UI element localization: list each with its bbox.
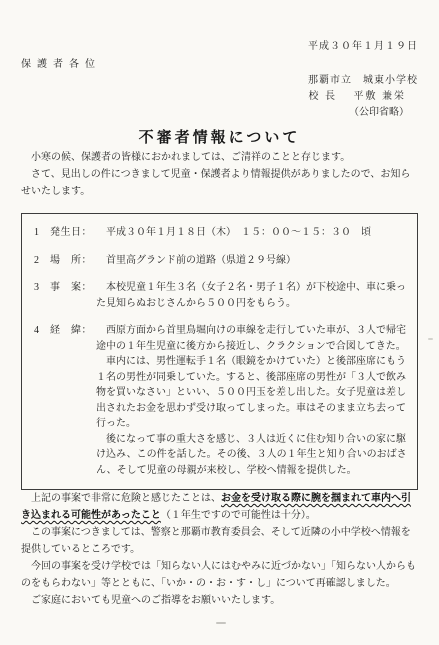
item-paragraph: 西原方面から首里鳥堀向けの車線を走行していた車が、３人で帰宅途中の１年生児童に後… [96,323,411,354]
incident-item-case: 3 事 案： 本校児童１年生３名（女子２名・男子１名）が下校途中、車に乗った見知… [34,280,411,311]
item-number: 4 [34,323,50,478]
sender-school: 那覇市立 城東小学校 [21,73,418,89]
issue-date: 平成３０年１月１９日 [21,38,418,55]
danger-paragraph: 上記の事案で非常に危険と感じたことは、お金を受け取る際に腕を掴まれて車内へ引き込… [21,490,418,524]
item-label: 経 緯： [50,323,96,478]
sender-block: 那覇市立 城東小学校 校 長 平敷 兼栄 （公印省略） [21,73,418,121]
recipient-line: 保護者各位 [21,56,418,73]
item-text: 首里高グランド前の道路（県道２９号線） [96,253,411,269]
report-paragraph: この事案につきましては、警察と那覇市教育委員会、そして近隣の小中学校へ情報を提供… [21,524,418,558]
greeting-paragraph: 小寒の候、保護者の皆様におかれましては、ご清祥のことと存じます。 [21,149,418,166]
seal-omitted-note: （公印省略） [21,105,418,121]
item-label: 事 案： [50,280,96,311]
document-title: 不審者情報について [21,127,418,149]
incident-item-details: 4 経 緯： 西原方面から首里鳥堀向けの車線を走行していた車が、３人で帰宅途中の… [34,323,411,478]
sender-principal: 校 長 平敷 兼栄 [21,89,418,105]
danger-suffix: （１年生ですので可能性は十分）。 [161,510,316,521]
item-number: 3 [34,280,50,311]
incident-item-occurrence-date: 1 発生日： 平成３０年１月１８日（木） １５：００～１５：３０ 頃 [34,225,411,241]
home-request-paragraph: ご家庭においても児童へのご指導をお願いいたします。 [21,592,418,609]
item-number: 2 [34,253,50,269]
purpose-paragraph: さて、見出しの件につきまして児童・保護者より情報提供がありましたので、お知らせい… [21,166,418,200]
item-paragraph: 後になって事の重大さを感じ、３人は近くに住む知り合いの家に駆け込み、この件を話し… [96,432,411,479]
school-action-paragraph: 今回の事案を受け学校では「知らない人にはむやみに近づかない」「知らない人からもの… [21,558,418,592]
item-paragraph: 平成３０年１月１８日（木） １５：００～１５：３０ 頃 [96,225,411,241]
incident-details-box: 1 発生日： 平成３０年１月１８日（木） １５：００～１５：３０ 頃 2 場 所… [21,213,418,490]
item-number: 1 [34,225,50,241]
item-text: 平成３０年１月１８日（木） １５：００～１５：３０ 頃 [96,225,411,241]
item-paragraph: 本校児童１年生３名（女子２名・男子１名）が下校途中、車に乗った見知らぬおじさんか… [96,280,411,311]
item-text: 西原方面から首里鳥堀向けの車線を走行していた車が、３人で帰宅途中の１年生児童に後… [96,323,411,478]
item-paragraph: 首里高グランド前の道路（県道２９号線） [96,253,411,269]
item-paragraph: 車内には、男性運転手１名（眼鏡をかけていた）と後部座席にもう１名の男性が同乗して… [96,354,411,432]
scanned-notice-page: 平成３０年１月１９日 保護者各位 那覇市立 城東小学校 校 長 平敷 兼栄 （公… [0,0,439,645]
incident-item-location: 2 場 所： 首里高グランド前の道路（県道２９号線） [34,253,411,269]
item-label: 場 所： [50,253,96,269]
danger-prefix: 上記の事案で非常に危険と感じたことは、 [21,493,221,504]
item-label: 発生日： [50,225,96,241]
item-text: 本校児童１年生３名（女子２名・男子１名）が下校途中、車に乗った見知らぬおじさんか… [96,280,411,311]
